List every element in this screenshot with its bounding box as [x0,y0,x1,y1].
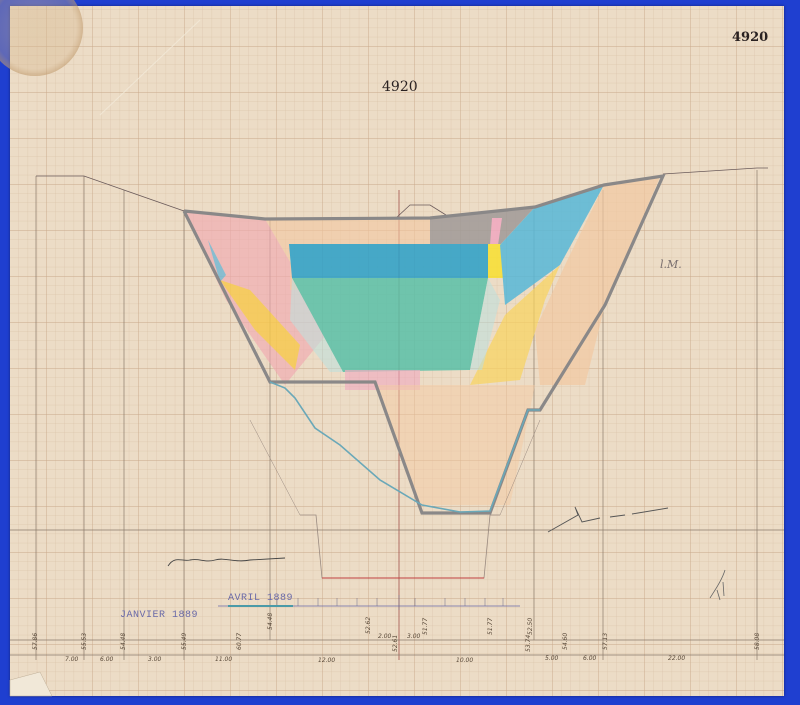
distance-label: 7.00 [65,656,78,663]
distance-label: 6.00 [100,656,113,663]
elevation-label: 52.61 [392,635,399,652]
elevation-label: 52.62 [365,617,372,634]
distance-label: 10.00 [456,657,473,664]
date-stamp-janvier: JANVIER 1889 [120,610,198,621]
elevation-label: 55.53 [81,633,88,650]
distance-label: 2.00 [378,633,391,640]
distance-label: 6.00 [583,655,596,662]
distance-label: 22.00 [668,655,685,662]
elevation-label: 60.77 [236,633,243,650]
elevation-label: 53.74 [525,635,532,652]
distance-label: 3.00 [407,633,420,640]
margin-note: l.M. [660,258,682,271]
elevation-label: 51.77 [487,618,494,635]
cross-section-drawing [0,0,800,705]
elevation-label: 54.60 [562,633,569,650]
sheet-number-center: 4920 [382,79,418,95]
elevation-label: 55.49 [181,633,188,650]
distance-label: 3.00 [148,656,161,663]
distance-label: 12.00 [318,657,335,664]
elevation-label: 51.77 [422,618,429,635]
sheet-number-top-right: 4920 [732,30,768,45]
elevation-label: 54.48 [120,633,127,650]
distance-label: 11.00 [215,656,232,663]
elevation-label: 57.86 [32,633,39,650]
elevation-label: 52.50 [527,618,534,635]
elevation-label: 54.48 [267,613,274,630]
elevation-label: 57.13 [602,633,609,650]
distance-label: 5.00 [545,655,558,662]
date-stamp-avril: AVRIL 1889 [228,593,293,607]
elevation-label: 58.08 [754,633,761,650]
